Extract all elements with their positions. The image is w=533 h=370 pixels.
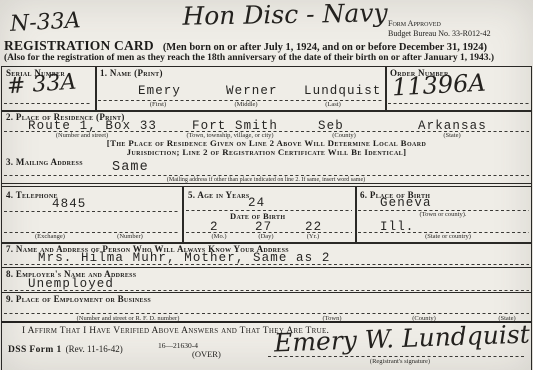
form-approved-block: Form Approved Budget Bureau No. 33-R012-… bbox=[388, 19, 491, 38]
form-revision: (Rev. 11-16-42) bbox=[66, 344, 123, 354]
telephone-fill-line1 bbox=[4, 211, 178, 212]
dob-sub-year: (Yr.) bbox=[307, 233, 319, 240]
registration-card: N-33A Hon Disc - Navy Form Approved Budg… bbox=[0, 0, 533, 370]
mailing-address-value: Same bbox=[112, 160, 149, 175]
employment-label: 9. Place of Employment or Business bbox=[6, 294, 151, 304]
employer-value: Unemployed bbox=[28, 277, 114, 291]
handwritten-discharge-note: Hon Disc - Navy bbox=[140, 0, 430, 32]
serial-number-value: # 33A bbox=[6, 70, 77, 100]
divider-serial-name bbox=[95, 66, 97, 110]
form-id: DSS Form 1 bbox=[8, 345, 62, 355]
employer-fill-line bbox=[4, 290, 529, 291]
signature-sub-label: (Registrant's signature) bbox=[370, 358, 430, 365]
row6-bottom-rule bbox=[1, 292, 531, 293]
birthplace-sub-town: (Town or county). bbox=[419, 211, 466, 218]
age-label: 5. Age in Years bbox=[188, 190, 250, 200]
double-rule bbox=[1, 183, 531, 187]
row5-bottom-rule bbox=[1, 267, 531, 268]
divider-age-birthplace bbox=[355, 187, 357, 242]
age-value: 24 bbox=[248, 196, 265, 210]
handwritten-file-code: N-33A bbox=[9, 8, 81, 37]
name-sub-first: (First) bbox=[150, 101, 166, 108]
birthplace-town-value: Geneva bbox=[380, 196, 432, 210]
over-note: (OVER) bbox=[192, 349, 221, 359]
form-approved-text: Form Approved bbox=[388, 19, 491, 29]
card-title: REGISTRATION CARD bbox=[4, 38, 154, 53]
dob-sub-day: (Day) bbox=[258, 233, 273, 240]
telephone-sub-number: (Number) bbox=[117, 233, 143, 240]
name-middle-value: Werner bbox=[226, 84, 278, 98]
order-number-value: 11396A bbox=[391, 69, 486, 102]
name-first-value: Emery bbox=[138, 84, 181, 98]
order-fill-line bbox=[388, 103, 529, 104]
form-id-row: DSS Form 1 (Rev. 11-16-42) bbox=[8, 339, 123, 357]
signature-fill-line bbox=[268, 356, 526, 357]
mailing-address-label: 3. Mailing Address bbox=[6, 157, 83, 167]
divider-telephone-age bbox=[182, 187, 184, 242]
telephone-sub-exchange: (Exchange) bbox=[35, 233, 65, 240]
contact-fill-line bbox=[4, 264, 529, 265]
divider-name-order bbox=[385, 66, 387, 110]
mailing-fill-line bbox=[4, 175, 529, 176]
telephone-label: 4. Telephone bbox=[6, 190, 58, 200]
name-label: 1. Name (Print) bbox=[100, 68, 163, 78]
name-last-value: Lundquist bbox=[304, 84, 381, 98]
card-title-note: (Men born on or after July 1, 1924, and … bbox=[163, 42, 487, 53]
dob-sub-month: (Mo.) bbox=[212, 233, 227, 240]
name-sub-middle: (Middle) bbox=[234, 101, 257, 108]
telephone-fill-line2 bbox=[4, 232, 178, 233]
birthplace-sub-state: (State or country) bbox=[425, 233, 471, 240]
jurisdiction-notice-line2: Jurisdiction; Line 2 of Registration Cer… bbox=[0, 147, 533, 157]
name-sub-last: (Last) bbox=[325, 101, 341, 108]
card-subtitle: (Also for the registration of men as the… bbox=[4, 53, 494, 63]
contact-value: Mrs. Hilma Muhr, Mother, Same as 2 bbox=[38, 251, 330, 265]
serial-fill-line bbox=[4, 103, 92, 104]
employment-fill-line bbox=[4, 313, 529, 314]
telephone-value: 4845 bbox=[52, 197, 86, 211]
